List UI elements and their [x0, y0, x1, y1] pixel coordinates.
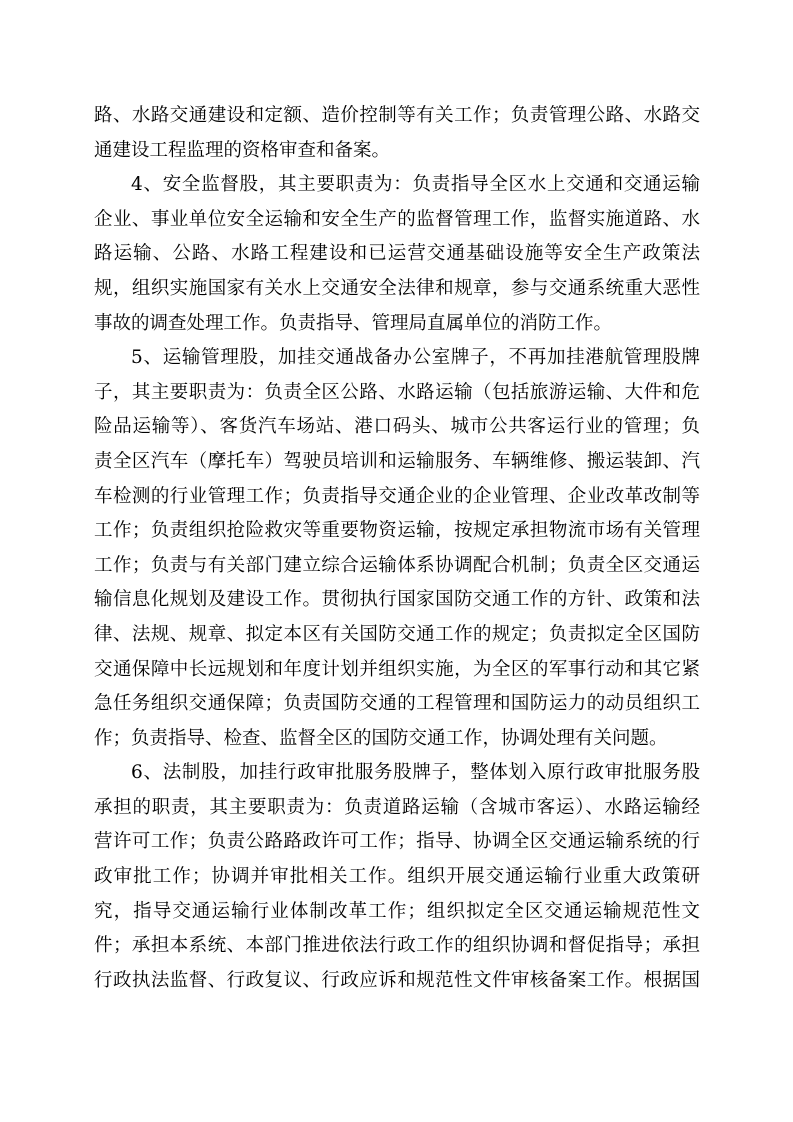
text-line: 交通保障中长远规划和年度计划并组织实施，为全区的军事行动和其它紧	[94, 653, 700, 688]
text-line: 行政执法监督、行政复议、行政应诉和规范性文件审核备案工作。根据国	[94, 964, 700, 999]
paragraph-continued-from-previous-page: 路、水路交通建设和定额、造价控制等有关工作；负责管理公路、水路交通建设工程监理的…	[94, 99, 700, 168]
text-line: 律、法规、规章、拟定本区有关国防交通工作的规定；负责拟定全区国防	[94, 618, 700, 653]
text-line: 件；承担本系统、本部门推进依法行政工作的组织协调和督促指导；承担	[94, 929, 700, 964]
text-line: 路运输、公路、水路工程建设和已运营交通基础设施等安全生产政策法	[94, 237, 700, 272]
text-line: 规，组织实施国家有关水上交通安全法律和规章，参与交通系统重大恶性	[94, 272, 700, 307]
text-line: 子，其主要职责为：负责全区公路、水路运输（包括旅游运输、大件和危	[94, 376, 700, 411]
document-page: 路、水路交通建设和定额、造价控制等有关工作；负责管理公路、水路交通建设工程监理的…	[0, 0, 793, 1122]
text-line: 通建设工程监理的资格审查和备案。	[94, 134, 700, 169]
text-line: 输信息化规划及建设工作。贯彻执行国家国防交通工作的方针、政策和法	[94, 583, 700, 618]
text-line: 车检测的行业管理工作；负责指导交通企业的企业管理、企业改革改制等	[94, 480, 700, 515]
paragraph-item-4-safety-supervision-section: 4、安全监督股，其主要职责为：负责指导全区水上交通和交通运输企业、事业单位安全运…	[94, 168, 700, 341]
text-line: 4、安全监督股，其主要职责为：负责指导全区水上交通和交通运输	[94, 168, 700, 203]
text-line: 营许可工作；负责公路路政许可工作；指导、协调全区交通运输系统的行	[94, 825, 700, 860]
text-line: 急任务组织交通保障；负责国防交通的工程管理和国防运力的动员组织工	[94, 687, 700, 722]
paragraph-item-5-transport-management-section: 5、运输管理股，加挂交通战备办公室牌子，不再加挂港航管理股牌子，其主要职责为：负…	[94, 341, 700, 756]
text-line: 工作；负责与有关部门建立综合运输体系协调配合机制；负责全区交通运	[94, 549, 700, 584]
text-line: 承担的职责，其主要职责为：负责道路运输（含城市客运）、水路运输经	[94, 791, 700, 826]
text-line: 工作；负责组织抢险救灾等重要物资运输，按规定承担物流市场有关管理	[94, 514, 700, 549]
text-line: 事故的调查处理工作。负责指导、管理局直属单位的消防工作。	[94, 307, 700, 342]
document-body: 路、水路交通建设和定额、造价控制等有关工作；负责管理公路、水路交通建设工程监理的…	[94, 99, 700, 998]
text-line: 究，指导交通运输行业体制改革工作；组织拟定全区交通运输规范性文	[94, 895, 700, 930]
text-line: 5、运输管理股，加挂交通战备办公室牌子，不再加挂港航管理股牌	[94, 341, 700, 376]
text-line: 责全区汽车（摩托车）驾驶员培训和运输服务、车辆维修、搬运装卸、汽	[94, 445, 700, 480]
text-line: 作；负责指导、检查、监督全区的国防交通工作，协调处理有关问题。	[94, 722, 700, 757]
paragraph-item-6-legal-affairs-section: 6、法制股，加挂行政审批服务股牌子，整体划入原行政审批服务股承担的职责，其主要职…	[94, 756, 700, 998]
text-line: 险品运输等）、客货汽车场站、港口码头、城市公共客运行业的管理；负	[94, 410, 700, 445]
text-line: 路、水路交通建设和定额、造价控制等有关工作；负责管理公路、水路交	[94, 99, 700, 134]
text-line: 企业、事业单位安全运输和安全生产的监督管理工作，监督实施道路、水	[94, 203, 700, 238]
text-line: 政审批工作；协调并审批相关工作。组织开展交通运输行业重大政策研	[94, 860, 700, 895]
text-line: 6、法制股，加挂行政审批服务股牌子，整体划入原行政审批服务股	[94, 756, 700, 791]
